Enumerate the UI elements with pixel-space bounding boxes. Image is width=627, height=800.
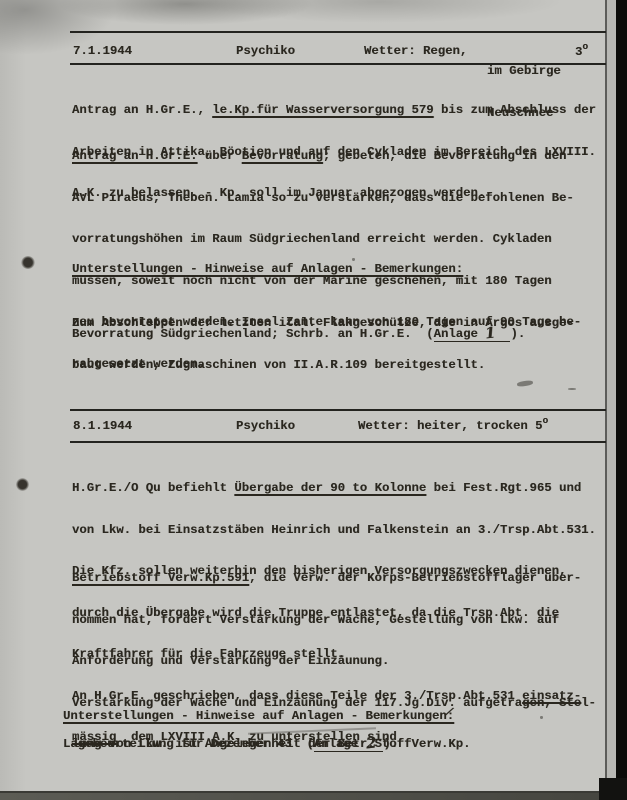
horizontal-rule — [70, 441, 606, 443]
text-line: Verstärkung der Wache und Einzäunung der… — [72, 697, 596, 711]
underlined-text: le.Kp.für Wasserversorgung 579 — [212, 103, 433, 117]
text-segment: bis zum Abschluss der — [434, 103, 596, 117]
annex-label: Anlage — [434, 327, 486, 341]
underlined-text: Betriebstoff Verw.Kp.591 — [72, 571, 249, 585]
text-line: von Lkw. bei Einsatzstäben Heinrich und … — [72, 524, 596, 538]
horizontal-rule — [70, 31, 606, 33]
entry-location: Psychiko — [236, 44, 295, 58]
handwritten-number: 2 — [365, 737, 376, 748]
text-line: vorratungshöhen im Raum Südgriechenland … — [72, 233, 581, 247]
punch-hole — [16, 478, 29, 491]
text-line: Antrag an H.Gr.E. über Bevorratung; gebe… — [72, 150, 581, 164]
underlined-text: Übergabe der 90 to Kolonne — [234, 481, 426, 495]
handwritten-number: 1 — [485, 327, 496, 338]
annex-reference: Bevorratung Südgriechenland; Schrb. an H… — [72, 327, 525, 342]
text-segment: ; gebeten, die Bevorratung in den — [323, 149, 567, 163]
text-segment — [496, 327, 511, 341]
text-segment: Wetter: heiter, trocken — [358, 419, 535, 433]
horizontal-rule — [70, 409, 606, 411]
text-segment: H.Gr.E./O Qu befiehlt — [72, 481, 234, 495]
text-line: müssen, soweit noch nicht von der Marine… — [72, 275, 581, 289]
temperature: 3o — [575, 45, 588, 59]
annex-reference: Lagebeurteilung für Dezember 43 (Anlage … — [63, 737, 398, 752]
text-segment: Lagebeurteilung für Dezember 43 ( — [63, 737, 314, 751]
page-edge-strip — [607, 0, 616, 800]
entry-date: 7.1.1944 — [73, 44, 132, 58]
text-line: Betriebstoff Verw.Kp.591, die Verw. der … — [72, 572, 596, 586]
text-line: AVL Piraeus, Theben. Lamia so zu verstär… — [72, 192, 581, 206]
text-segment: Bevorratung Südgriechenland; Schrb. an H… — [72, 327, 434, 341]
text-segment: , die Verw. der Korps-Betriebstofflager … — [249, 571, 581, 585]
underlined-text: Antrag an H.Gr.E. — [72, 149, 197, 163]
scan-border-bottom — [0, 793, 616, 800]
scan-corner-shadow — [599, 778, 627, 800]
text-segment: Antrag an H.Gr.E., — [72, 103, 212, 117]
punch-hole — [21, 256, 35, 269]
text-line: baut werden, Zugmaschinen von II.A.R.109… — [72, 359, 574, 373]
underlined-text: Anlage 1 — [434, 327, 511, 342]
weather-report: Wetter: heiter, trocken 5o — [358, 419, 548, 433]
section-heading: Unterstellungen - Hinweise auf Anlagen -… — [72, 262, 463, 276]
entry-location: Psychiko — [236, 419, 295, 433]
degree-sign: o — [543, 415, 549, 426]
text-line: H.Gr.E./O Qu befiehlt Übergabe der 90 to… — [72, 482, 596, 496]
text-line: Anforderung und Verstärkung der Einzäunu… — [72, 655, 596, 669]
annex-label: Anlage — [314, 737, 366, 751]
horizontal-rule — [70, 63, 606, 65]
entry-date: 8.1.1944 — [73, 419, 132, 433]
text-segment: ). — [510, 327, 525, 341]
underlined-text: Bevorratung — [242, 149, 323, 163]
degree-sign: o — [582, 41, 588, 52]
text-segment: über — [197, 149, 241, 163]
text-segment: bei Fest.Rgt.965 und — [426, 481, 581, 495]
text-line: nommen hat, fordert Verstärkung der Wach… — [72, 614, 596, 628]
scanned-document-page: 7.1.1944 Psychiko Wetter: Regen, im Gebi… — [0, 0, 627, 800]
temperature-value: 5 — [535, 419, 542, 433]
text-segment: ). — [383, 737, 398, 751]
scan-border-right — [616, 0, 627, 800]
weather-report: Wetter: Regen, — [364, 44, 467, 58]
paragraph: Zum Abschleppen der letzten ital. Flakge… — [72, 289, 574, 400]
section-heading: Unterstellungen - Hinweise auf Anlagen -… — [63, 709, 454, 723]
underlined-text: Anlage 2 — [314, 737, 383, 752]
text-line: Antrag an H.Gr.E., le.Kp.für Wasserverso… — [72, 104, 596, 118]
